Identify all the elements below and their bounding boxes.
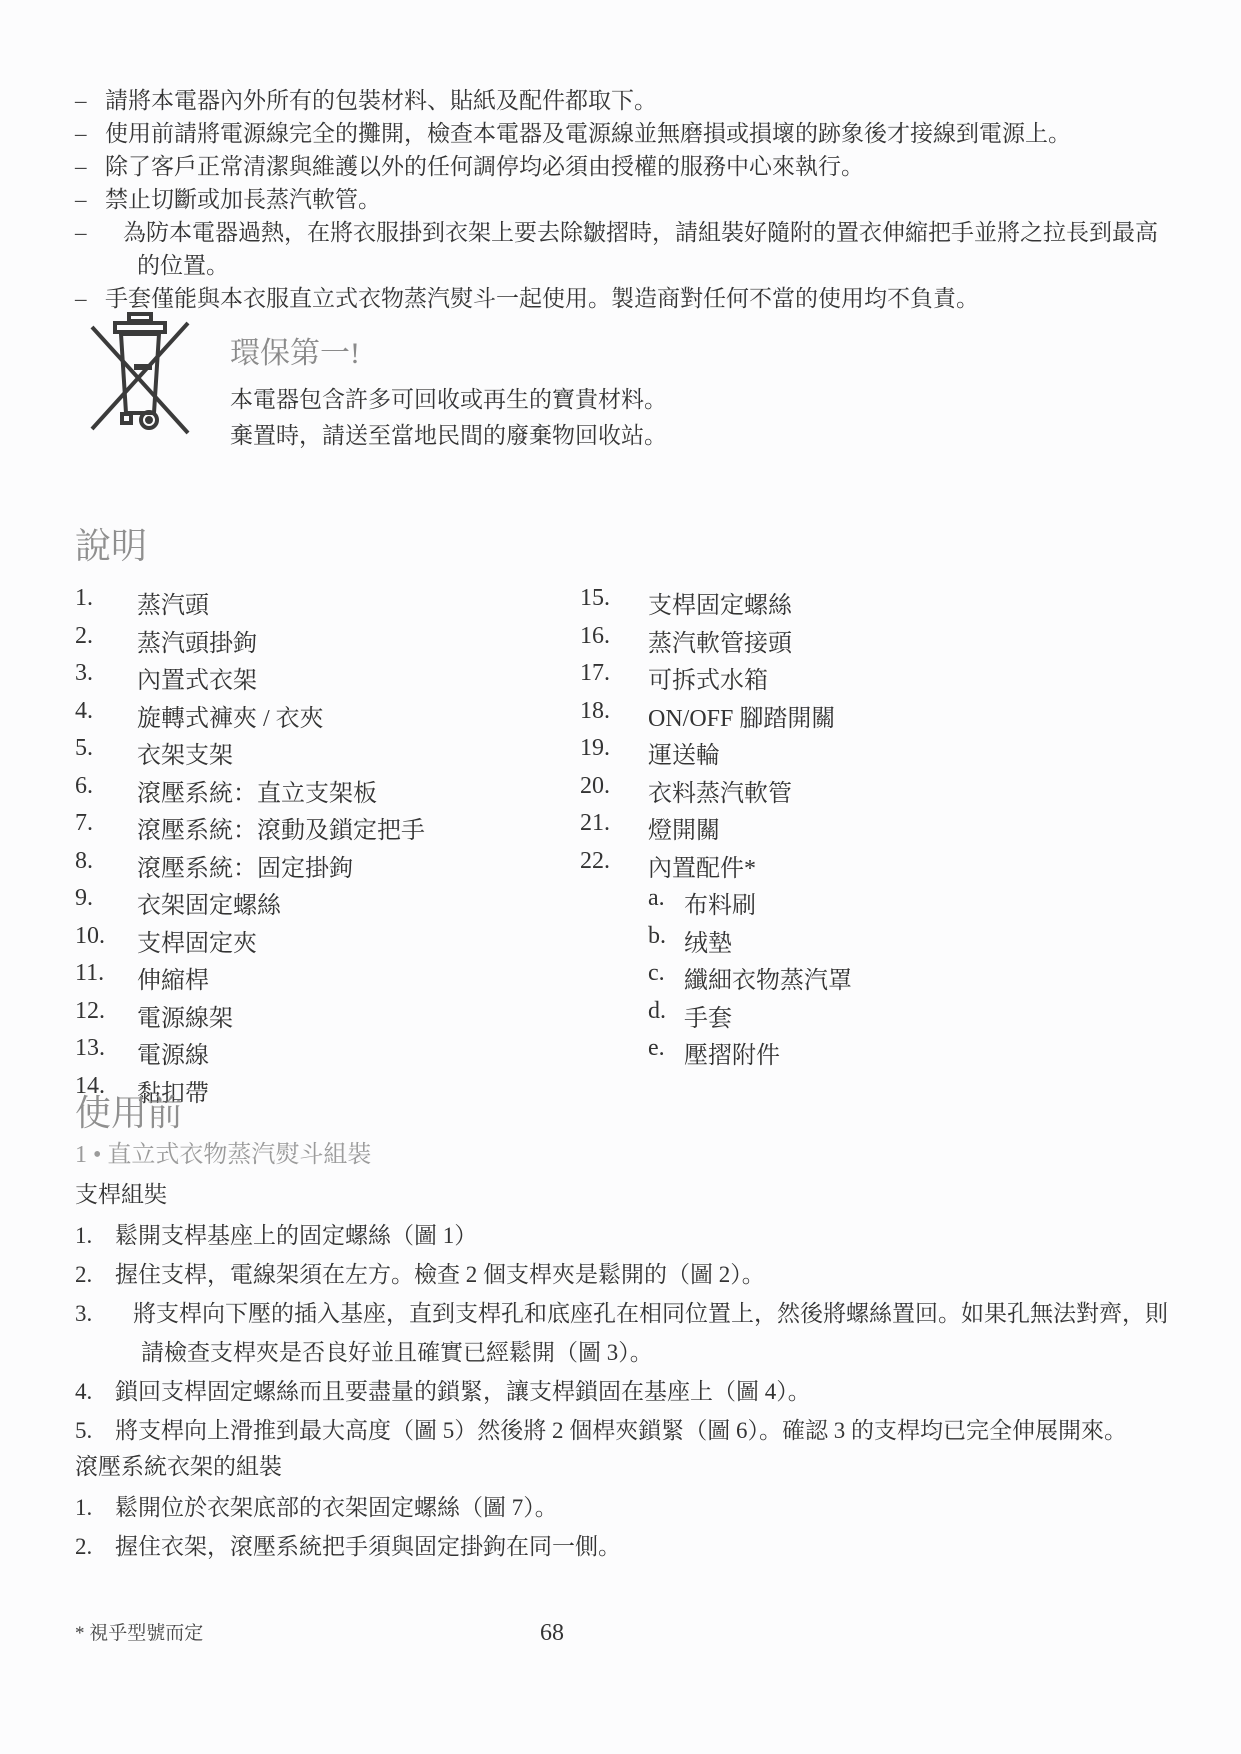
precaution-item: – 除了客戶正常清潔與維護以外的任何調停均必須由授權的服務中心來執行。 xyxy=(75,150,1179,183)
assembly-step: 1.鬆開支桿基座上的固定螺絲（圖 1） xyxy=(75,1216,1179,1255)
item-label: 绒墊 xyxy=(684,923,732,958)
description-item: 8.滾壓系統：固定掛鉤 xyxy=(75,848,580,886)
item-number: 7. xyxy=(75,810,137,837)
eco-title: 環保第一! xyxy=(230,334,667,374)
accessory-item: a.布料刷 xyxy=(580,885,1179,923)
assembly-pole-title: 支桿組奘 xyxy=(75,1178,1179,1212)
item-label: 滾壓系統：固定掛鉤 xyxy=(137,848,353,883)
step-text: 將支桿向下壓的插入基座，直到支桿孔和底座孔在相同位置上，然後將螺絲置回。如果孔無… xyxy=(115,1294,1179,1372)
precaution-item: – 為防本電器過熱，在將衣服掛到衣架上要去除皺摺時，請組裝好隨附的置衣伸縮把手並… xyxy=(75,216,1179,282)
precaution-text: 使用前請將電源線完全的攤開，檢查本電器及電源線並無磨損或損壞的跡象後才接線到電源… xyxy=(105,117,1179,150)
description-item: 15.支桿固定螺絲 xyxy=(580,585,1179,623)
description-item: 2.蒸汽頭掛鉤 xyxy=(75,623,580,661)
item-label: 伸縮桿 xyxy=(137,960,209,995)
item-label: 支桿固定螺絲 xyxy=(648,585,792,620)
accessory-item: e.壓摺附件 xyxy=(580,1035,1179,1073)
item-label: ON/OFF 腳踏開關 xyxy=(648,698,835,733)
description-item: 9.衣架固定螺絲 xyxy=(75,885,580,923)
assembly-hanger-title: 滾壓系統衣架的組裝 xyxy=(75,1450,1179,1484)
before-use-body: 1 • 直立式衣物蒸汽熨斗組裝 支桿組奘 1.鬆開支桿基座上的固定螺絲（圖 1）… xyxy=(75,1138,1179,1566)
description-item: 19.運送輪 xyxy=(580,735,1179,773)
item-number: 20. xyxy=(580,773,648,800)
description-item: 5.衣架支架 xyxy=(75,735,580,773)
precaution-text: 禁止切斷或加長蒸汽軟管。 xyxy=(105,183,1179,216)
step-text: 握住衣架，滾壓系統把手須與固定掛鉤在同一側。 xyxy=(115,1527,1179,1566)
item-label: 衣架固定螺絲 xyxy=(137,885,281,920)
precaution-text: 除了客戶正常清潔與維護以外的任何調停均必須由授權的服務中心來執行。 xyxy=(105,150,1179,183)
description-item: 17.可拆式水箱 xyxy=(580,660,1179,698)
eco-text: 環保第一! 本電器包含許多可回收或再生的寶貴材料。 棄置時，請送至當地民間的廢棄… xyxy=(230,310,667,454)
item-label: 衣料蒸汽軟管 xyxy=(648,773,792,808)
item-number: 21. xyxy=(580,810,648,837)
manual-page: – 請將本電器內外所有的包裝材料、貼紙及配件都取下。 – 使用前請將電源線完全的… xyxy=(0,0,1241,1754)
item-number: 4. xyxy=(75,698,137,725)
item-number: 1. xyxy=(75,585,137,612)
page-number: 68 xyxy=(540,1620,564,1647)
eco-block: 環保第一! 本電器包含許多可回收或再生的寶貴材料。 棄置時，請送至當地民間的廢棄… xyxy=(88,310,667,454)
description-item: 1.蒸汽頭 xyxy=(75,585,580,623)
description-item: 13.電源線 xyxy=(75,1035,580,1073)
item-number: 8. xyxy=(75,848,137,875)
item-label: 蒸汽軟管接頭 xyxy=(648,623,792,658)
item-number: 16. xyxy=(580,623,648,650)
description-item: 22.內置配件* xyxy=(580,848,1179,886)
item-number: 17. xyxy=(580,660,648,687)
assembly-step: 2.握住衣架，滾壓系統把手須與固定掛鉤在同一側。 xyxy=(75,1527,1179,1566)
item-number: 5. xyxy=(75,735,137,762)
step-text: 鬆開位於衣架底部的衣架固定螺絲（圖 7）。 xyxy=(115,1488,1179,1527)
item-label: 滾壓系統：直立支架板 xyxy=(137,773,377,808)
eco-line: 棄置時，請送至當地民間的廢棄物回收站。 xyxy=(230,418,667,454)
step-number: 3. xyxy=(75,1294,115,1372)
description-item: 4.旋轉式褲夾 / 衣夾 xyxy=(75,698,580,736)
description-item: 6.滾壓系統：直立支架板 xyxy=(75,773,580,811)
step-number: 1. xyxy=(75,1488,115,1527)
description-item: 11.伸縮桿 xyxy=(75,960,580,998)
assembly-step: 1.鬆開位於衣架底部的衣架固定螺絲（圖 7）。 xyxy=(75,1488,1179,1527)
item-number: 13. xyxy=(75,1035,137,1062)
description-column-right: 15.支桿固定螺絲 16.蒸汽軟管接頭 17.可拆式水箱 18.ON/OFF 腳… xyxy=(580,585,1179,1110)
accessory-item: d.手套 xyxy=(580,998,1179,1036)
precaution-text: 請將本電器內外所有的包裝材料、貼紙及配件都取下。 xyxy=(105,84,1179,117)
bullet-dash: – xyxy=(75,84,105,117)
item-label: 內置配件* xyxy=(648,848,756,883)
item-number: 22. xyxy=(580,848,648,875)
description-item: 20.衣料蒸汽軟管 xyxy=(580,773,1179,811)
section-heading-description: 說明 xyxy=(75,522,147,570)
assembly-step: 5.將支桿向上滑推到最大高度（圖 5）然後將 2 個桿夾鎖緊（圖 6）。確認 3… xyxy=(75,1411,1179,1450)
step-text: 將支桿向上滑推到最大高度（圖 5）然後將 2 個桿夾鎖緊（圖 6）。確認 3 的… xyxy=(115,1411,1179,1450)
item-letter: b. xyxy=(648,923,684,950)
bullet-dash: – xyxy=(75,117,105,150)
precaution-item: – 使用前請將電源線完全的攤開，檢查本電器及電源線並無磨損或損壞的跡象後才接線到… xyxy=(75,117,1179,150)
assembly-step: 2.握住支桿，電線架須在左方。檢查 2 個支桿夾是鬆開的（圖 2）。 xyxy=(75,1255,1179,1294)
item-number: 2. xyxy=(75,623,137,650)
step-number: 2. xyxy=(75,1255,115,1294)
item-number: 10. xyxy=(75,923,137,950)
description-item: 12.電源線架 xyxy=(75,998,580,1036)
accessory-item: c.纖細衣物蒸汽罩 xyxy=(580,960,1179,998)
step-text: 鬆開支桿基座上的固定螺絲（圖 1） xyxy=(115,1216,1179,1255)
item-label: 滾壓系統：滾動及鎖定把手 xyxy=(137,810,425,845)
step-number: 4. xyxy=(75,1372,115,1411)
description-item: 7.滾壓系統：滾動及鎖定把手 xyxy=(75,810,580,848)
item-number: 19. xyxy=(580,735,648,762)
bullet-dash: – xyxy=(75,216,105,282)
description-item: 3.內置式衣架 xyxy=(75,660,580,698)
bullet-dash: – xyxy=(75,150,105,183)
description-item: 16.蒸汽軟管接頭 xyxy=(580,623,1179,661)
item-label: 支桿固定夾 xyxy=(137,923,257,958)
precaution-text: 為防本電器過熱，在將衣服掛到衣架上要去除皺摺時，請組裝好隨附的置衣伸縮把手並將之… xyxy=(105,216,1179,282)
item-letter: d. xyxy=(648,998,684,1025)
item-number: 3. xyxy=(75,660,137,687)
subsection-heading: 1 • 直立式衣物蒸汽熨斗組裝 xyxy=(75,1138,1179,1172)
precaution-item: – 請將本電器內外所有的包裝材料、貼紙及配件都取下。 xyxy=(75,84,1179,117)
description-column-left: 1.蒸汽頭 2.蒸汽頭掛鉤 3.內置式衣架 4.旋轉式褲夾 / 衣夾 5.衣架支… xyxy=(75,585,580,1110)
bullet-dash: – xyxy=(75,183,105,216)
item-number: 6. xyxy=(75,773,137,800)
item-label: 可拆式水箱 xyxy=(648,660,768,695)
step-number: 1. xyxy=(75,1216,115,1255)
description-item: 18.ON/OFF 腳踏開關 xyxy=(580,698,1179,736)
item-label: 衣架支架 xyxy=(137,735,233,770)
precautions-list: – 請將本電器內外所有的包裝材料、貼紙及配件都取下。 – 使用前請將電源線完全的… xyxy=(75,84,1179,315)
item-label: 燈開關 xyxy=(648,810,720,845)
description-item: 10.支桿固定夾 xyxy=(75,923,580,961)
item-letter: e. xyxy=(648,1035,684,1062)
item-number: 9. xyxy=(75,885,137,912)
item-label: 內置式衣架 xyxy=(137,660,257,695)
item-letter: a. xyxy=(648,885,684,912)
assembly-step: 4.鎖回支桿固定螺絲而且要盡量的鎖緊，讓支桿鎖固在基座上（圖 4）。 xyxy=(75,1372,1179,1411)
step-text: 鎖回支桿固定螺絲而且要盡量的鎖緊，讓支桿鎖固在基座上（圖 4）。 xyxy=(115,1372,1179,1411)
item-label: 蒸汽頭掛鉤 xyxy=(137,623,257,658)
item-label: 電源線 xyxy=(137,1035,209,1070)
item-label: 運送輪 xyxy=(648,735,720,770)
section-heading-before-use: 使用前 xyxy=(75,1090,183,1136)
description-item: 21.燈開關 xyxy=(580,810,1179,848)
item-letter: c. xyxy=(648,960,684,987)
description-list: 1.蒸汽頭 2.蒸汽頭掛鉤 3.內置式衣架 4.旋轉式褲夾 / 衣夾 5.衣架支… xyxy=(75,585,1179,1110)
item-label: 蒸汽頭 xyxy=(137,585,209,620)
footnote: * 視乎型號而定 xyxy=(75,1618,203,1645)
assembly-step: 3.將支桿向下壓的插入基座，直到支桿孔和底座孔在相同位置上，然後將螺絲置回。如果… xyxy=(75,1294,1179,1372)
item-label: 電源線架 xyxy=(137,998,233,1033)
weee-crossed-out-bin-icon xyxy=(88,310,192,438)
eco-line: 本電器包含許多可回收或再生的寶貴材料。 xyxy=(230,382,667,418)
accessory-item: b.绒墊 xyxy=(580,923,1179,961)
step-number: 5. xyxy=(75,1411,115,1450)
item-label: 手套 xyxy=(684,998,732,1033)
item-label: 纖細衣物蒸汽罩 xyxy=(684,960,852,995)
item-label: 壓摺附件 xyxy=(684,1035,780,1070)
item-label: 布料刷 xyxy=(684,885,756,920)
item-number: 12. xyxy=(75,998,137,1025)
step-number: 2. xyxy=(75,1527,115,1566)
item-label: 旋轉式褲夾 / 衣夾 xyxy=(137,698,324,733)
step-text: 握住支桿，電線架須在左方。檢查 2 個支桿夾是鬆開的（圖 2）。 xyxy=(115,1255,1179,1294)
precaution-item: – 禁止切斷或加長蒸汽軟管。 xyxy=(75,183,1179,216)
item-number: 18. xyxy=(580,698,648,725)
item-number: 11. xyxy=(75,960,137,987)
item-number: 15. xyxy=(580,585,648,612)
